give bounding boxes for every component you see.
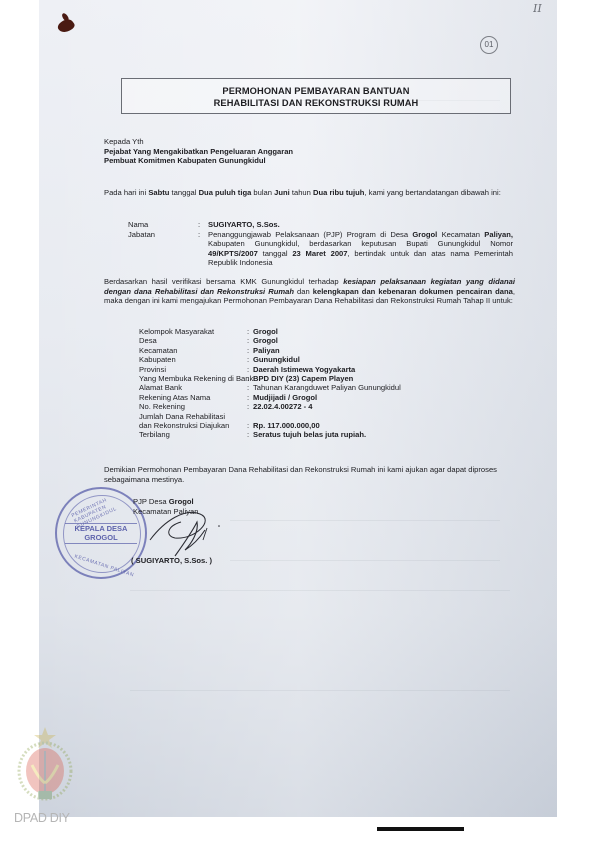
detail-row: Kecamatan:Paliyan: [139, 346, 401, 355]
detail-label: Kecamatan: [139, 346, 247, 355]
title-line-2: REHABILITASI DAN REKONSTRUKSI RUMAH: [122, 97, 510, 109]
addressee-line-1: Pejabat Yang Mengakibatkan Pengeluaran A…: [104, 147, 293, 157]
detail-label: Kabupaten: [139, 355, 247, 364]
detail-row: dan Rekonstruksi Diajukan:Rp. 117.000.00…: [139, 421, 401, 430]
identity-row-position: Jabatan : Penanggungjawab Pelaksanaan (P…: [128, 230, 513, 268]
basis-paragraph: Berdasarkan hasil verifikasi bersama KMK…: [104, 277, 515, 306]
detail-label: Rekening Atas Nama: [139, 393, 247, 402]
text: Pada hari ini: [104, 188, 148, 197]
detail-row: Provinsi:Daerah Istimewa Yogyakarta: [139, 365, 401, 374]
detail-value: Rp. 117.000.000,00: [253, 421, 320, 430]
title-line-1: PERMOHONAN PEMBAYARAN BANTUAN: [122, 85, 510, 97]
day: Sabtu: [148, 188, 169, 197]
watermark-text: DPAD DIY: [14, 811, 70, 825]
colon: :: [198, 220, 208, 230]
stamp-center: KEPALA DESA GROGOL: [65, 523, 137, 544]
year: Dua ribu tujuh: [313, 188, 364, 197]
text: tanggal: [258, 249, 293, 258]
detail-value: Mudjijadi / Grogol: [253, 393, 317, 402]
decree-number: 49/KPTS/2007: [208, 249, 258, 258]
detail-value: Tahunan Karangduwet Paliyan Gunungkidul: [253, 383, 401, 392]
detail-value: Grogol: [253, 336, 278, 345]
bleed-through-line: [130, 590, 510, 591]
name-value: SUGIYARTO, S.Sos.: [208, 220, 513, 230]
detail-value: BPD DIY (23) Capem Playen: [253, 374, 353, 383]
text: tahun: [290, 188, 313, 197]
detail-label: Jumlah Dana Rehabilitasi: [139, 412, 247, 421]
position-value: Penanggungjawab Pelaksanaan (PJP) Progra…: [208, 230, 513, 268]
detail-row: No. Rekening:22.02.4.00272 - 4: [139, 402, 401, 411]
request-details-list: Kelompok Masyarakat:GrogolDesa:GrogolKec…: [139, 327, 401, 440]
colon: [247, 412, 253, 421]
text: Kecamatan: [437, 230, 484, 239]
salutation: Kepada Yth: [104, 137, 293, 147]
detail-label: Terbilang: [139, 430, 247, 439]
document-title: PERMOHONAN PEMBAYARAN BANTUAN REHABILITA…: [121, 78, 511, 114]
signer-name: ( SUGIYARTO, S.Sos. ): [131, 556, 212, 565]
bleed-through-line: [230, 560, 500, 561]
text: Penanggungjawab Pelaksanaan (PJP) Progra…: [208, 230, 412, 239]
text: bulan: [251, 188, 274, 197]
addressee-block: Kepada Yth Pejabat Yang Mengakibatkan Pe…: [104, 137, 293, 166]
dpad-emblem-icon: [14, 725, 76, 805]
detail-row: Rekening Atas Nama:Mudjijadi / Grogol: [139, 393, 401, 402]
detail-row: Kabupaten:Gunungkidul: [139, 355, 401, 364]
detail-label: dan Rekonstruksi Diajukan: [139, 421, 247, 430]
detail-label: No. Rekening: [139, 402, 247, 411]
detail-label: Yang Membuka Rekening di Bank: [139, 374, 247, 383]
detail-row: Kelompok Masyarakat:Grogol: [139, 327, 401, 336]
page-number-circle: 01: [480, 36, 498, 54]
bleed-through-line: [230, 520, 500, 521]
handwritten-signature: [145, 500, 225, 560]
text: tanggal: [169, 188, 198, 197]
detail-row: Desa:Grogol: [139, 336, 401, 345]
detail-row: Alamat Bank:Tahunan Karangduwet Paliyan …: [139, 383, 401, 392]
addressee-line-2: Pembuat Komitmen Kabupaten Gunungkidul: [104, 156, 293, 166]
text: Kabupaten Gunungkidul, berdasarkan keput…: [208, 239, 513, 248]
detail-row: Terbilang:Seratus tujuh belas juta rupia…: [139, 430, 401, 439]
detail-value: Paliyan: [253, 346, 280, 355]
name-label: Nama: [128, 220, 198, 230]
detail-value: Daerah Istimewa Yogyakarta: [253, 365, 355, 374]
detail-value: Seratus tujuh belas juta rupiah.: [253, 430, 366, 439]
bottom-black-bar: [377, 827, 464, 831]
decree-date: 23 Maret 2007: [292, 249, 347, 258]
detail-label: Alamat Bank: [139, 383, 247, 392]
detail-value: Gunungkidul: [253, 355, 300, 364]
month: Juni: [274, 188, 290, 197]
detail-label: Provinsi: [139, 365, 247, 374]
stamp-line-2: GROGOL: [65, 534, 137, 543]
desa: Grogol: [412, 230, 437, 239]
text: dan: [294, 287, 313, 296]
kecamatan: Paliyan,: [484, 230, 513, 239]
opening-paragraph: Pada hari ini Sabtu tanggal Dua puluh ti…: [104, 188, 514, 198]
detail-label: Desa: [139, 336, 247, 345]
identity-block: Nama : SUGIYARTO, S.Sos. Jabatan : Penan…: [128, 220, 513, 268]
detail-value: 22.02.4.00272 - 4: [253, 402, 313, 411]
detail-row: Yang Membuka Rekening di Bank:BPD DIY (2…: [139, 374, 401, 383]
text: , kami yang bertandatangan dibawah ini:: [364, 188, 500, 197]
detail-row: Jumlah Dana Rehabilitasi: [139, 412, 401, 421]
date: Dua puluh tiga: [199, 188, 252, 197]
detail-value: Grogol: [253, 327, 278, 336]
identity-row-name: Nama : SUGIYARTO, S.Sos.: [128, 220, 513, 230]
colon: :: [198, 230, 208, 268]
position-label: Jabatan: [128, 230, 198, 268]
emphasis: kelengkapan dan kebenaran dokumen pencai…: [313, 287, 513, 296]
bleed-through-line: [130, 690, 510, 691]
detail-label: Kelompok Masyarakat: [139, 327, 247, 336]
text: Berdasarkan hasil verifikasi bersama KMK…: [104, 277, 343, 286]
closing-paragraph: Demikian Permohonan Pembayaran Dana Reha…: [104, 465, 515, 484]
